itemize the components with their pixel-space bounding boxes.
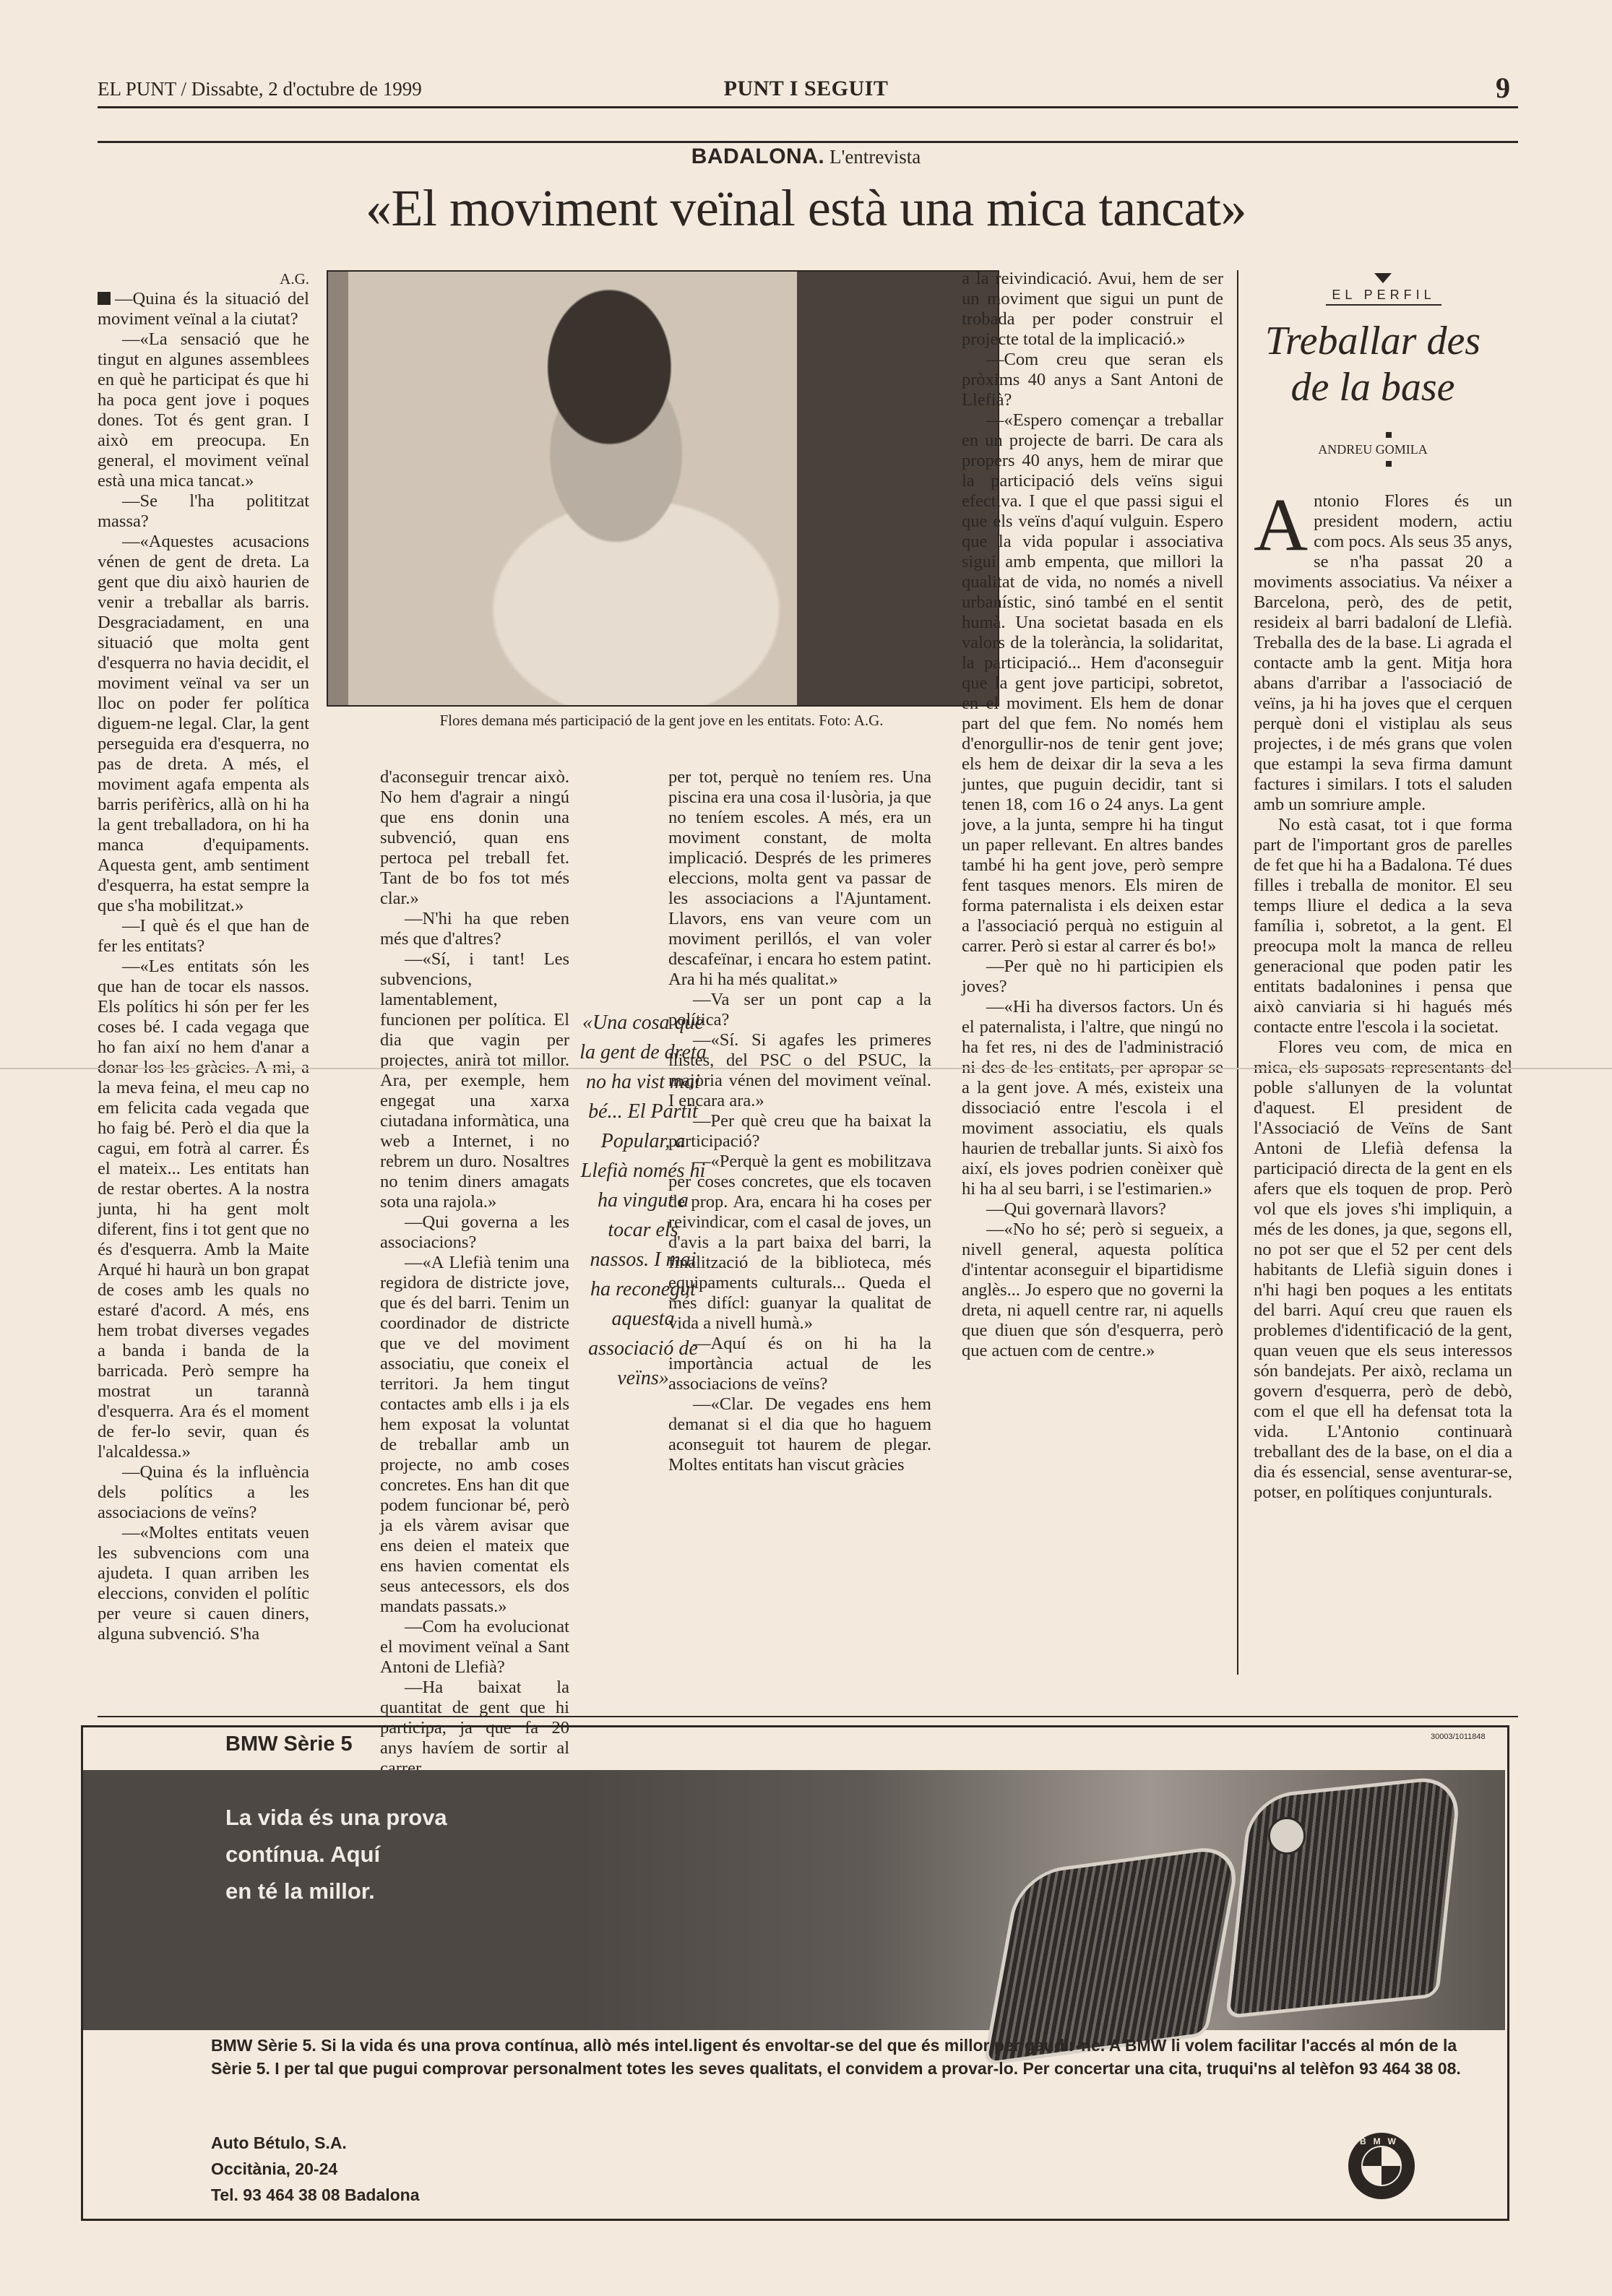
- dot-icon: [1386, 461, 1392, 467]
- paragraph: —Aquí és on hi ha la importància actual …: [668, 1334, 931, 1394]
- paragraph: Antonio Flores és un president modern, a…: [1254, 491, 1512, 815]
- paragraph: —Per què creu que ha baixat la participa…: [668, 1111, 931, 1152]
- kicker-place: BADALONA.: [691, 144, 825, 168]
- profile-label: EL PERFIL: [1326, 288, 1441, 306]
- bmw-badge-icon: [1268, 1817, 1306, 1855]
- kicker-type: L'entrevista: [829, 146, 921, 168]
- bmw-logo-letters: BMW: [1348, 2136, 1415, 2146]
- ad-code: 30003/1011848: [1431, 1732, 1486, 1741]
- dot-icon: [1386, 432, 1392, 438]
- article-column-1: A.G. —Quina és la situació del moviment …: [98, 269, 309, 1644]
- paragraph: —«Aquestes acusacions vénen de gent de d…: [98, 532, 309, 916]
- paragraph: —«Perquè la gent es mobilitzava per cose…: [668, 1152, 931, 1334]
- paragraph: a la reivindicació. Avui, hem de ser un …: [962, 269, 1223, 350]
- paragraph: No està casat, tot i que forma part de l…: [1254, 815, 1512, 1037]
- paragraph: —«No ho sé; però si segueix, a nivell ge…: [962, 1220, 1223, 1361]
- paragraph: —Com creu que seran els pròxims 40 anys …: [962, 350, 1223, 410]
- paragraph: —«Sí. Si agafes les primeres llistes, de…: [668, 1030, 931, 1111]
- bullet-icon: [98, 292, 111, 305]
- masthead-rule: [98, 106, 1518, 108]
- ad-top-rule: [98, 1716, 1518, 1717]
- paragraph: —Va ser un pont cap a la política?: [668, 990, 931, 1030]
- profile-author: ANDREU GOMILA: [1254, 442, 1492, 457]
- paragraph: —«A Llefià tenim una regidora de distric…: [380, 1253, 569, 1617]
- paragraph: per tot, perquè no teníem res. Una pisci…: [668, 767, 931, 990]
- paper-fold: [0, 1068, 1612, 1069]
- ad-slogan: La vida és una prova contínua. Aquí en t…: [225, 1799, 447, 1909]
- paragraph: —Quina és la influència dels polítics a …: [98, 1462, 309, 1523]
- profile-title: Treballar des de la base: [1254, 318, 1492, 410]
- paragraph: —Qui governarà llavors?: [962, 1199, 1223, 1220]
- paragraph: d'aconseguir trencar això. No hem d'agra…: [380, 767, 569, 909]
- section-rule: [98, 141, 1518, 143]
- paragraph: —«Hi ha diversos factors. Un és el pater…: [962, 997, 1223, 1199]
- paragraph: —«Moltes entitats veuen les subvencions …: [98, 1523, 309, 1644]
- article-photo: [327, 270, 999, 707]
- dealer-address: Occitània, 20-24: [211, 2156, 420, 2182]
- dealer-phone: Tel. 93 464 38 08 Badalona: [211, 2182, 420, 2208]
- paragraph: —«La sensació que he tingut en algunes a…: [98, 329, 309, 491]
- article-kicker: BADALONA. L'entrevista: [0, 144, 1612, 169]
- paragraph: Flores veu com, de mica en mica, els sup…: [1254, 1037, 1512, 1503]
- column-divider: [1237, 270, 1238, 1675]
- paragraph: —Se l'ha polititzat massa?: [98, 491, 309, 532]
- page-number: 9: [1496, 71, 1510, 105]
- article-column-2: d'aconseguir trencar això. No hem d'agra…: [380, 767, 569, 1779]
- article-column-4: a la reivindicació. Avui, hem de ser un …: [962, 269, 1223, 1361]
- article-column-3: per tot, perquè no teníem res. Una pisci…: [668, 767, 931, 1475]
- paragraph: —Qui governa a les associacions?: [380, 1212, 569, 1253]
- paragraph: —I què és el que han de fer les entitats…: [98, 916, 309, 957]
- paragraph: —Com ha evolucionat el moviment veïnal a…: [380, 1617, 569, 1678]
- ad-body-text: BMW Sèrie 5. Si la vida és una prova con…: [211, 2034, 1497, 2080]
- car-grille-right: [1225, 1774, 1462, 2019]
- paragraph: —Per què no hi participien els joves?: [962, 957, 1223, 997]
- paragraph: —N'hi ha que reben més que d'altres?: [380, 909, 569, 949]
- section-title: PUNT I SEGUIT: [0, 77, 1612, 101]
- paragraph: —«Les entitats són les que han de tocar …: [98, 957, 309, 1462]
- paragraph: —«Sí, i tant! Les subvencions, lamentabl…: [380, 949, 569, 1212]
- profile-body: Antonio Flores és un president modern, a…: [1254, 491, 1512, 1503]
- paragraph: —Quina és la situació del moviment veïna…: [98, 289, 309, 329]
- byline: A.G.: [98, 269, 309, 289]
- drop-cap: A: [1254, 496, 1308, 555]
- ad-title: BMW Sèrie 5: [225, 1732, 353, 1756]
- paragraph: —«Espero començar a treballar en un proj…: [962, 410, 1223, 957]
- photo-caption: Flores demana més participació de la gen…: [327, 712, 996, 730]
- dealer-info: Auto Bétulo, S.A. Occitània, 20-24 Tel. …: [211, 2130, 420, 2208]
- dealer-name: Auto Bétulo, S.A.: [211, 2130, 420, 2156]
- down-arrow-icon: [1374, 273, 1392, 283]
- article-headline: «El moviment veïnal està una mica tancat…: [0, 182, 1612, 234]
- paragraph: —«Clar. De vegades ens hem demanat si el…: [668, 1394, 931, 1475]
